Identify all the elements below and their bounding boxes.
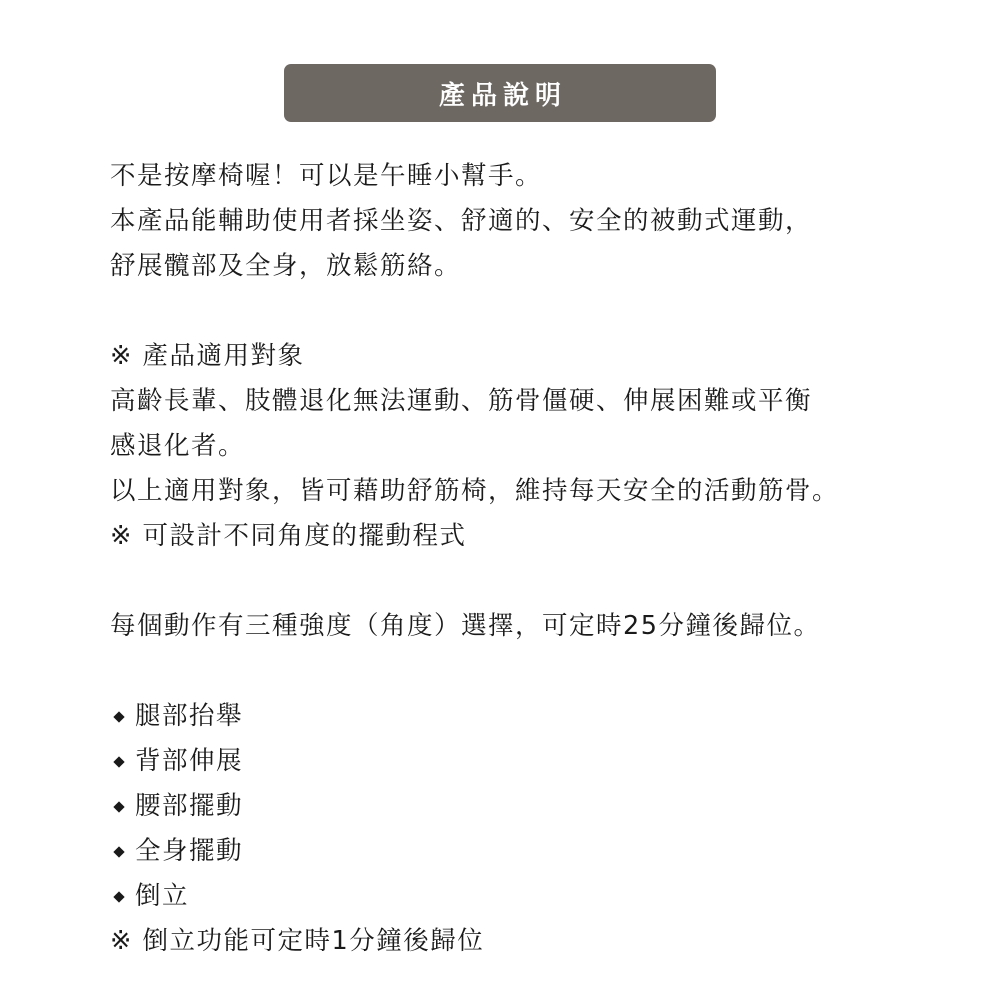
diamond-bullet-icon <box>113 711 124 722</box>
programs-heading: ※ 可設計不同角度的擺動程式 <box>110 514 970 559</box>
program-item-label: 腿部抬舉 <box>135 694 243 739</box>
spacer <box>110 649 970 694</box>
intro-line-1: 不是按摩椅喔！可以是午睡小幫手。 <box>110 154 970 199</box>
intro-line-3: 舒展髖部及全身，放鬆筋絡。 <box>110 244 970 289</box>
program-item: 背部伸展 <box>110 739 970 784</box>
spacer <box>110 289 970 334</box>
program-item-label: 背部伸展 <box>135 739 243 784</box>
section-title: 產品說明 <box>433 75 567 112</box>
target-users-line-2: 感退化者。 <box>110 424 970 469</box>
target-users-heading: ※ 產品適用對象 <box>110 334 970 379</box>
program-item: 腰部擺動 <box>110 784 970 829</box>
product-description: 不是按摩椅喔！可以是午睡小幫手。 本產品能輔助使用者採坐姿、舒適的、安全的被動式… <box>110 154 970 964</box>
programs-description: 每個動作有三種強度（角度）選擇，可定時25分鐘後歸位。 <box>110 604 970 649</box>
program-item: 全身擺動 <box>110 829 970 874</box>
program-item: 腿部抬舉 <box>110 694 970 739</box>
section-header-banner: 產品說明 <box>284 64 716 122</box>
program-item-label: 腰部擺動 <box>135 784 243 829</box>
diamond-bullet-icon <box>113 801 124 812</box>
spacer <box>110 559 970 604</box>
target-users-line-3: 以上適用對象，皆可藉助舒筋椅，維持每天安全的活動筋骨。 <box>110 469 970 514</box>
target-users-line-1: 高齡長輩、肢體退化無法運動、筋骨僵硬、伸展困難或平衡 <box>110 379 970 424</box>
program-item-label: 全身擺動 <box>135 829 243 874</box>
program-item-label: 倒立 <box>135 874 189 919</box>
program-item: 倒立 <box>110 874 970 919</box>
inversion-note: ※ 倒立功能可定時1分鐘後歸位 <box>110 919 970 964</box>
diamond-bullet-icon <box>113 756 124 767</box>
diamond-bullet-icon <box>113 891 124 902</box>
intro-line-2: 本產品能輔助使用者採坐姿、舒適的、安全的被動式運動， <box>110 199 970 244</box>
diamond-bullet-icon <box>113 846 124 857</box>
